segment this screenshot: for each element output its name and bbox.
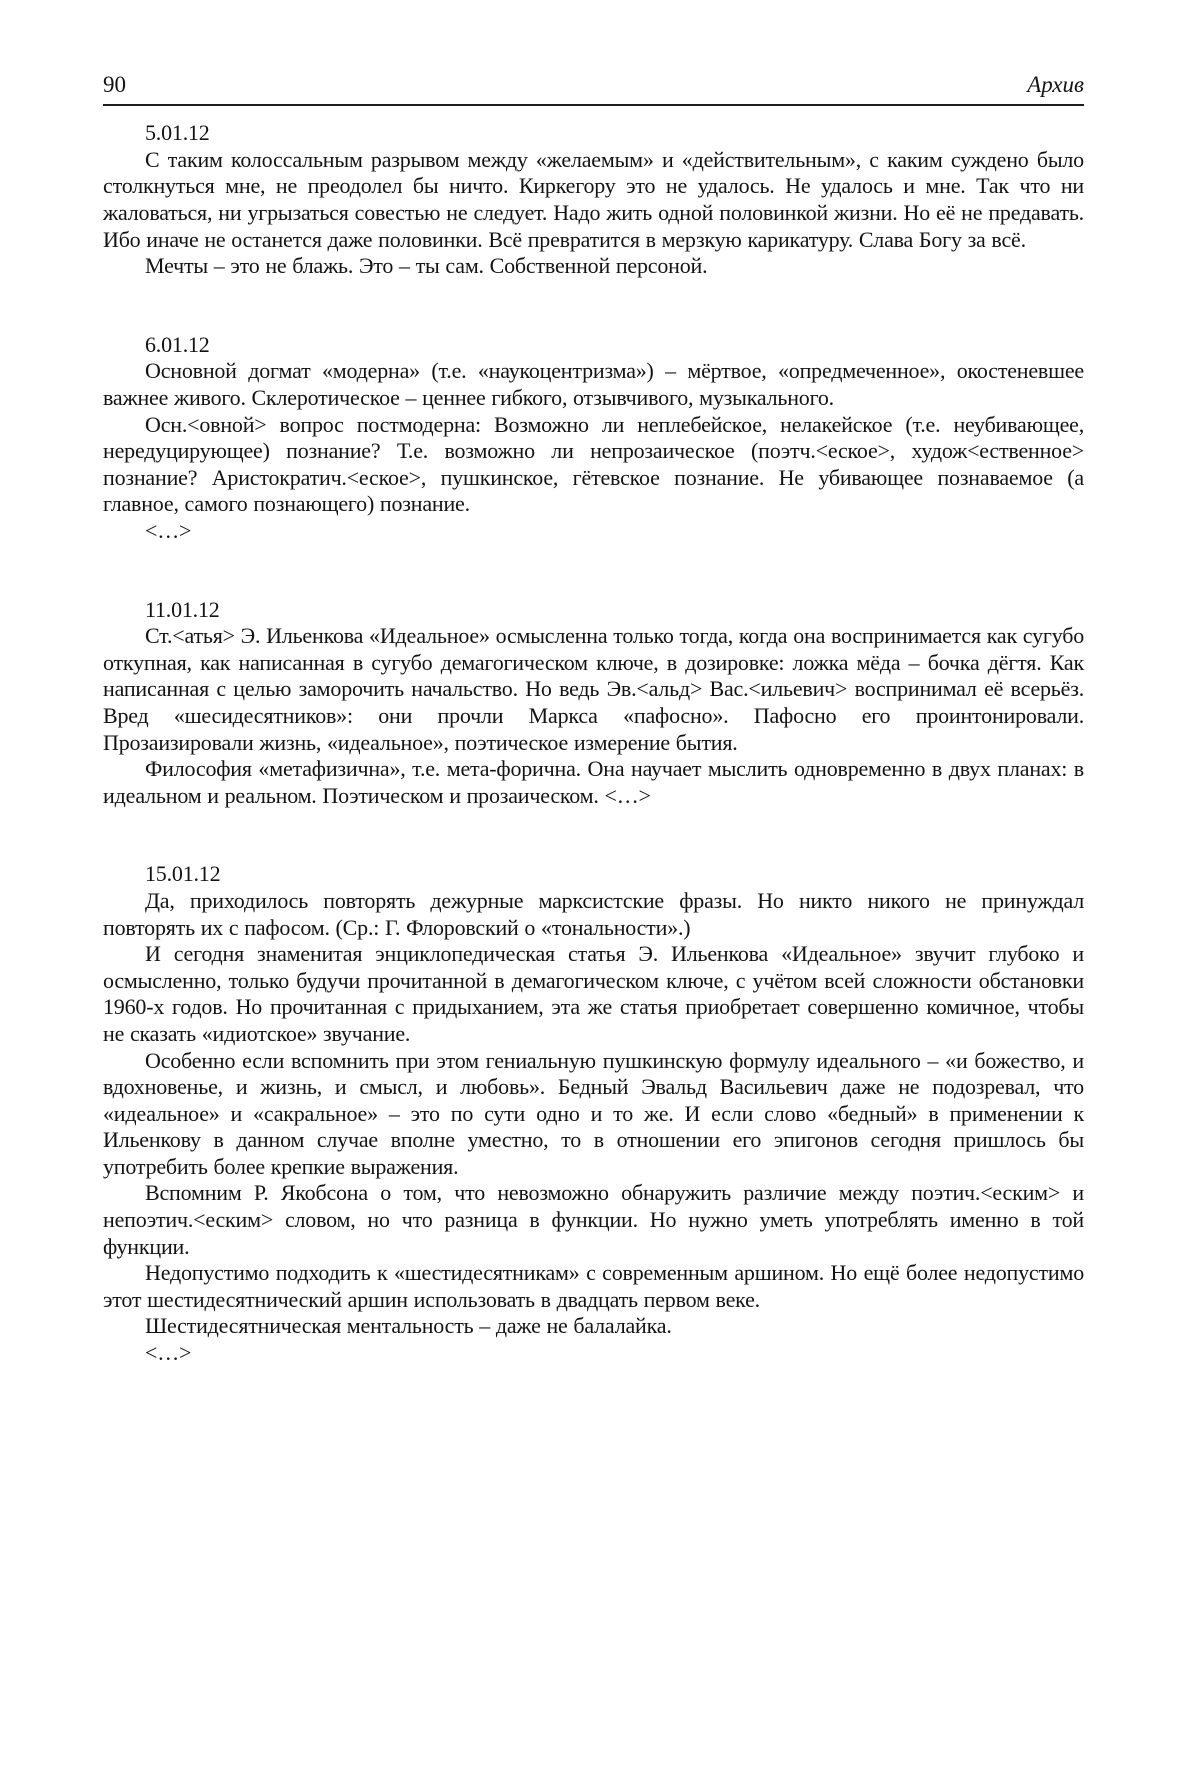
book-page: 90 Архив 5.01.12 С таким колоссальным ра… <box>0 0 1200 1792</box>
entry-paragraph: Недопустимо подходить к «шестидесятникам… <box>103 1260 1084 1313</box>
entry-paragraph: И сегодня знаменитая энциклопедическая с… <box>103 941 1084 1047</box>
entry-paragraph: С таким колоссальным разрывом между «жел… <box>103 147 1084 253</box>
entry-paragraph: <…> <box>103 1340 1084 1367</box>
entry-paragraph: <…> <box>103 518 1084 545</box>
running-header: 90 Архив <box>103 72 1084 106</box>
entry-date: 6.01.12 <box>103 332 1084 359</box>
running-title: Архив <box>1027 72 1084 97</box>
entry-paragraph: Философия «метафизична», т.е. мета-форич… <box>103 756 1084 809</box>
entry-paragraph: Особенно если вспомнить при этом гениаль… <box>103 1048 1084 1181</box>
entry-paragraph: Мечты – это не блажь. Это – ты сам. Собс… <box>103 253 1084 280</box>
entry-date: 15.01.12 <box>103 861 1084 888</box>
entry-paragraph: Осн.<овной> вопрос постмодерна: Возможно… <box>103 412 1084 518</box>
entry-date: 5.01.12 <box>103 120 1084 147</box>
entry-date: 11.01.12 <box>103 597 1084 624</box>
page-number: 90 <box>103 72 126 97</box>
entry-5-01-12: 5.01.12 С таким колоссальным разрывом ме… <box>103 120 1084 280</box>
entry-paragraph: Вспомним Р. Якобсона о том, что невозмож… <box>103 1180 1084 1260</box>
entry-6-01-12: 6.01.12 Основной догмат «модерна» (т.е. … <box>103 332 1084 545</box>
diary-entries: 5.01.12 С таким колоссальным разрывом ме… <box>103 120 1084 1366</box>
entry-11-01-12: 11.01.12 Ст.<атья> Э. Ильенкова «Идеальн… <box>103 597 1084 810</box>
entry-15-01-12: 15.01.12 Да, приходилось повторять дежур… <box>103 861 1084 1366</box>
entry-paragraph: Шестидесятническая ментальность – даже н… <box>103 1313 1084 1340</box>
entry-paragraph: Да, приходилось повторять дежурные маркс… <box>103 888 1084 941</box>
entry-paragraph: Основной догмат «модерна» (т.е. «наукоце… <box>103 358 1084 411</box>
entry-paragraph: Ст.<атья> Э. Ильенкова «Идеальное» осмыс… <box>103 623 1084 756</box>
